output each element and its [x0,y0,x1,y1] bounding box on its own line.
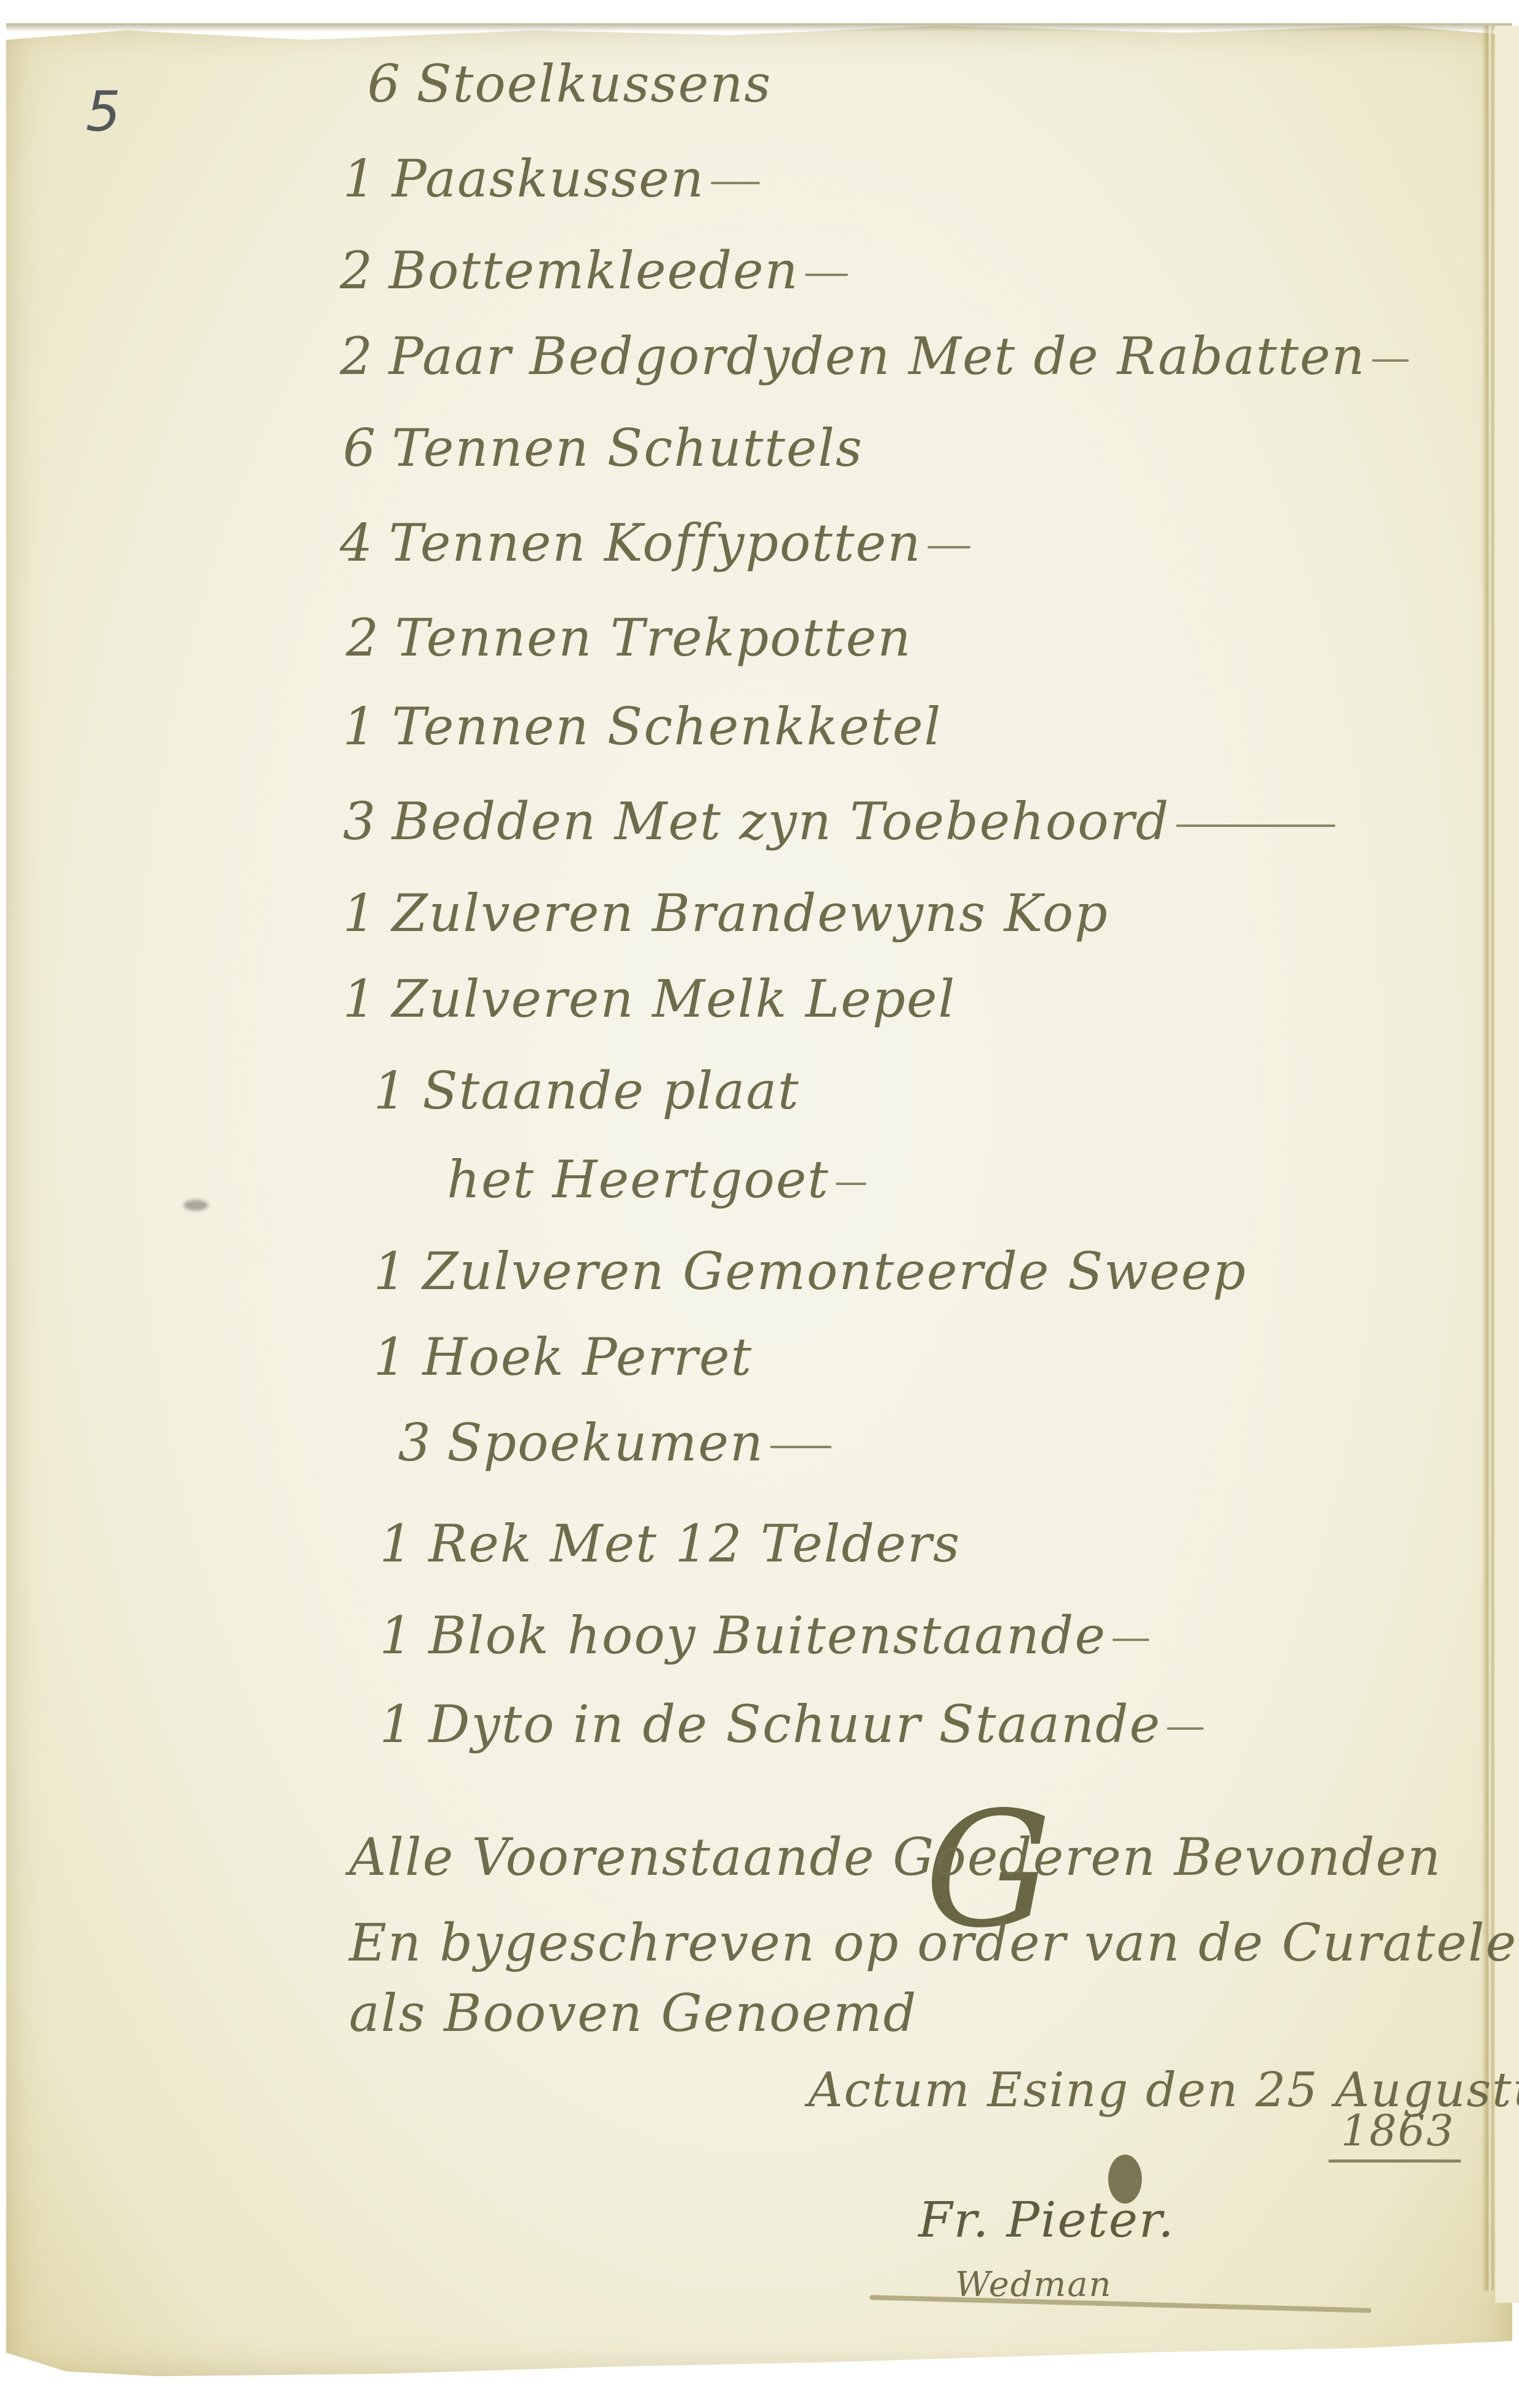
item-quantity: 1 [343,701,380,752]
line-flourish [928,546,970,548]
item-description: Dyto in de Schuur Staande [429,1694,1161,1754]
item-quantity: 1 [343,973,380,1025]
line-flourish [770,1446,831,1448]
item-quantity: 2 [340,331,377,382]
item-description: Spoekumen [447,1413,764,1473]
line-flourish [805,274,848,276]
item-description: Rek Met 12 Telders [429,1514,961,1574]
inventory-item: 1Blok hooy Buitenstaande [380,1610,1149,1661]
signature: Fr. Pieter. [918,2191,1175,2248]
line-flourish [1176,824,1335,827]
line-flourish [1372,359,1409,362]
item-description: Tennen Trekpotten [395,608,912,668]
inventory-item: het Heertgoet [398,1154,866,1205]
item-description: Paaskussen [392,149,705,209]
item-quantity: 2 [346,612,383,664]
item-description: Tennen Schuttels [392,418,863,478]
page-number: 5 [86,80,121,144]
item-description: Bedden Met zyn Toebehoord [392,791,1170,851]
inventory-item: 1Dyto in de Schuur Staande [380,1699,1204,1750]
item-quantity: 6 [343,422,380,474]
inventory-item: 1Tennen Schenkketel [343,701,942,752]
item-quantity: 1 [343,888,380,939]
inventory-item: 1Paaskussen [343,153,760,204]
item-description: Zulveren Melk Lepel [392,969,956,1029]
item-quantity: 1 [380,1518,416,1569]
closing-line-3: als Booven Genoemd [349,1983,917,2043]
inventory-item: 3Spoekumen [398,1417,831,1468]
item-quantity: 1 [373,1331,410,1383]
item-quantity: 3 [343,796,380,847]
inventory-item: 2Tennen Trekpotten [346,612,912,664]
item-quantity: 2 [340,245,377,296]
item-description: Staande plaat [422,1061,800,1121]
closing-line-2: En bygeschreven op order van de Curatele… [349,1913,1519,1973]
item-quantity: 3 [398,1417,435,1468]
year: 1863 [1329,2106,1461,2163]
inventory-item: 1Staande plaat [373,1065,800,1116]
item-description: Tennen Koffypotten [389,513,921,573]
item-quantity: 6 [367,58,404,110]
item-description: Zulveren Brandewyns Kop [392,883,1109,943]
item-description: Paar Bedgordyden Met de Rabatten [389,326,1366,386]
item-quantity: 1 [373,1065,410,1116]
item-description: Hoek Perret [422,1327,752,1387]
item-description: Blok hooy Buitenstaande [429,1606,1106,1666]
inventory-item: 1Hoek Perret [373,1331,752,1383]
inventory-item: 2Paar Bedgordyden Met de Rabatten [340,331,1409,382]
item-description: Tennen Schenkketel [392,697,942,757]
inventory-item: 1Zulveren Brandewyns Kop [343,888,1109,939]
ink-smudge [184,1200,208,1211]
line-flourish [1112,1639,1149,1641]
item-description: Bottemkleeden [389,241,799,301]
line-flourish [711,182,760,184]
inventory-item: 6Stoelkussens [367,58,772,110]
closing-line-1: Alle Voorenstaande Goederen Bevonden [349,1827,1442,1887]
inventory-item: 1Rek Met 12 Telders [380,1518,961,1569]
inventory-item: 3Bedden Met zyn Toebehoord [343,796,1335,847]
item-quantity: 4 [340,517,377,569]
item-description: Stoelkussens [416,54,772,114]
inventory-item: 1Zulveren Gemonteerde Sweep [373,1246,1247,1297]
item-description: Zulveren Gemonteerde Sweep [422,1241,1247,1301]
item-quantity: 1 [343,153,380,204]
item-quantity: 1 [380,1699,416,1750]
line-flourish [836,1183,866,1185]
torn-top-edge [6,23,1512,32]
item-description: het Heertgoet [447,1150,830,1210]
item-quantity: 1 [373,1246,410,1297]
inventory-item: 2Bottemkleeden [340,245,848,296]
inventory-item: 4Tennen Koffypotten [340,517,970,569]
item-quantity: 1 [380,1610,416,1661]
inventory-item: 6Tennen Schuttels [343,422,863,474]
inventory-item: 1Zulveren Melk Lepel [343,973,956,1025]
line-flourish [1167,1727,1204,1730]
